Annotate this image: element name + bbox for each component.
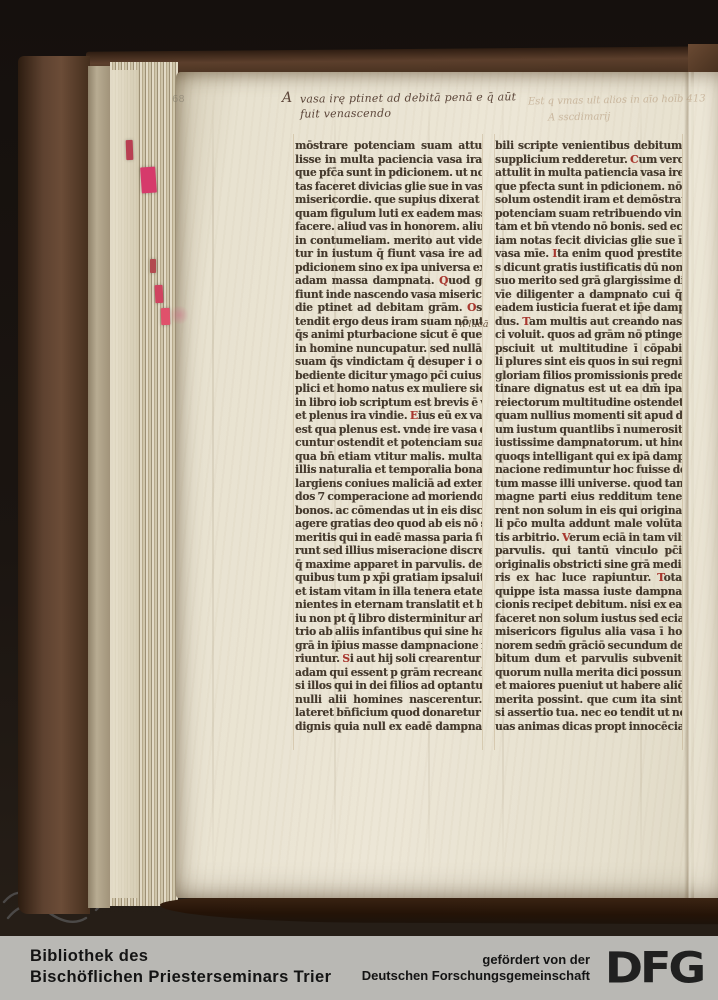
pink-ink-smear [168,306,190,324]
manuscript-line: parvulis. qui tantū vinculo pc̄i [495,544,682,558]
bookmark-tab [155,285,164,303]
manuscript-line: mōstrare potenciam suam attu [295,139,482,153]
digitized-manuscript-photo: 68 A vasa irę ptinet ad debitā penā e q̄… [0,0,718,1000]
manuscript-line: misericordie. que supius dixerat tā [295,193,482,207]
manuscript-line: tur in iustum q̄ fiunt vasa ire ad [295,247,482,261]
column-ruling-line [482,134,483,750]
manuscript-line: dignis quia null ex eadē dampna [295,720,482,734]
manuscript-line: attulit in multa patiencia vasa ire [495,166,682,180]
manuscript-line: reiectorum multitudine ostendet [495,396,682,410]
manuscript-line: fiunt inde nascendo vasa misericor [295,288,482,302]
manuscript-line: tam et bn̄ vtendo nō bonis. sed ec [495,220,682,234]
parchment-crease [212,90,214,884]
manuscript-line: cionis recipet debitum. nisi ex ea [495,598,682,612]
page-fore-edge-highlight [112,70,138,898]
manuscript-line: nacione redimuntur hoc fuisse debi [495,463,682,477]
manuscript-line: in homine nuncupatur. sed nullā [295,342,482,356]
manuscript-line: gloriam filios promissionis predes [495,369,682,383]
cover-inner-edge [88,66,110,908]
header-margin-letter: A [282,90,292,106]
funding-credit-line2: Deutschen Forschungsgemeinschaft [362,968,590,984]
manuscript-line: tas faceret divicias glie sue in vasa [295,180,482,194]
manuscript-line: in contumeliam. merito aut vide [295,234,482,248]
text-column-right: bili scripte venientibus debitumsupplici… [495,139,682,733]
manuscript-line: ris ex hac luce rapiuntur. Tota [495,571,682,585]
column-ruling-line [293,134,294,750]
manuscript-line: potenciam suam retribuendo vindic [495,207,682,221]
manuscript-line: lisse in multa paciencia vasa ira [295,153,482,167]
manuscript-line: que pfc̄a sunt in pdicionem. ut no [295,166,482,180]
manuscript-line: cuntur ostendit et potenciam suam [295,436,482,450]
manuscript-line: quibus tum p xp̄i gratiam ipsaluit [295,571,482,585]
manuscript-line: qua bn̄ etiam vtitur malis. multa [295,450,482,464]
manuscript-line: magne parti eius redditum tene [495,490,682,504]
manuscript-line: trio ab aliis infantibus qui sine hac [295,625,482,639]
manuscript-line: norem sedm̄ grāciō secundum de [495,639,682,653]
gutter-fold-shadow [684,72,692,898]
manuscript-line: grā in ip̄ius masse dampnacione mo [295,639,482,653]
manuscript-line: adam qui essent p grām recreandi. 7 [295,666,482,680]
manuscript-line: vasa mīe. Ita enim quod prestite [495,247,682,261]
manuscript-line: solum ostendit iram et demōstrat [495,193,682,207]
manuscript-line: bonos. ac cōmendas ut in eis discāt [295,504,482,518]
manuscript-line: iam notas fecit divicias glie sue ī [495,234,682,248]
book-cover-spine [18,56,90,914]
manuscript-line: et plenus ira vindie. Eius eū ex vas [295,409,482,423]
manuscript-line: iu non pt q̄ libro disterminitur arbi [295,612,482,626]
digitization-banner: Bibliothek des Bischöflichen Priestersem… [0,936,718,1000]
manuscript-line: psciuit ut multitudine ī cōpabi [495,342,682,356]
manuscript-line: quam figulum luti ex eadem massa [295,207,482,221]
manuscript-line: suam q̄s vindictam q̄ desuper i o [295,355,482,369]
manuscript-line: misericors figulus alia vasa ī ho [495,625,682,639]
manuscript-line: li plures sint eis quos in sui regni [495,355,682,369]
manuscript-line: illis naturalia et temporalia bona [295,463,482,477]
manuscript-line: faceret non solum iustus sed eciam [495,612,682,626]
manuscript-line: et istam vitam in illa tenera etate fi [295,585,482,599]
manuscript-line: tum masse illi universe. quod tam [495,477,682,491]
manuscript-line: s dicunt gratis iustificatis dū non [495,261,682,275]
manuscript-line: eadem iusticia fuerat et ip̄e dampnā [495,301,682,315]
manuscript-line: q̄ maxime apparet in parvulis. de [295,558,482,572]
manuscript-line: rent non solum in eis qui origina [495,504,682,518]
manuscript-line: runt sed illius miseracione discreti sūt [295,544,482,558]
manuscript-line: adam massa dampnata. Quod g [295,274,482,288]
funding-credit-line1: gefördert von der [362,952,590,968]
manuscript-line: li pc̄o multa addunt male volūta [495,517,682,531]
manuscript-line: quorum nulla merita dici possunt [495,666,682,680]
manuscript-line: merita possint. que cum ita sint [495,693,682,707]
manuscript-line: quippe ista massa iuste dampna [495,585,682,599]
manuscript-line: originalis obstricti sine grā mediato [495,558,682,572]
bookmark-tab [140,167,157,194]
manuscript-line: bitum dum et parvulis subvenit [495,652,682,666]
manuscript-line: bili scripte venientibus debitum [495,139,682,153]
manuscript-line: iustissime dampnatorum. ut hinc [495,436,682,450]
manuscript-line: tis arbitrio. Verum eciā in tam vilis [495,531,682,545]
manuscript-line: largiens coniues maliciā ad exten [295,477,482,491]
manuscript-line: si illos qui in dei filios ad optantur [295,679,482,693]
manuscript-line: um iustum quantlibs ī numerositas [495,423,682,437]
manuscript-line: que pfecta sunt in pdicionem. nō [495,180,682,194]
manuscript-line: si assertio tua. nec eo tendit ut no [495,706,682,720]
manuscript-line: tinare dignatus est ut ea dm̄ ipa [495,382,682,396]
column-ruling-line [682,134,683,750]
manuscript-line: suo merito sed grā glargissime di [495,274,682,288]
manuscript-line: pdicionem sino ex ipa universa ex [295,261,482,275]
dfg-logo: DFG [598,946,710,990]
manuscript-line: in libro iob scriptum est brevis ē vite [295,396,482,410]
manuscript-line: agere gratias deo quod ab eis nō suis [295,517,482,531]
library-name: Bibliothek des Bischöflichen Priestersem… [30,946,331,988]
manuscript-line: q̄s animi pturbacione sicut ē que [295,328,482,342]
manuscript-line: quam nullius momenti sit apud dē [495,409,682,423]
manuscript-line: plici et homo natus ex muliere sic [295,382,482,396]
bookmark-tab [150,259,156,273]
show-through-note-line2: A sscdimarij [548,111,611,123]
manuscript-line: meritis qui in eadē massa paria fue [295,531,482,545]
manuscript-line: ci voluit. quos ad grām nō ptinge [495,328,682,342]
library-name-line1: Bibliothek des [30,946,331,967]
manuscript-line: et maiores pueniut ut habere aliq̄ [495,679,682,693]
manuscript-line: nulli alii homines nascerentur. [295,693,482,707]
manuscript-line: die ptinet ad debitam grām. Os [295,301,482,315]
manuscript-line: nientes in eternam translatit et bc̄os [295,598,482,612]
manuscript-line: riuntur. Si aut hij soli crearentur ex [295,652,482,666]
manuscript-line: dos 7 comperacione ad moriendos [295,490,482,504]
manuscript-line: bediente dicitur ymago pc̄i cuius sup [295,369,482,383]
manuscript-line: facere. aliud vas in honorem. aliud [295,220,482,234]
bookmark-tab [126,140,134,160]
manuscript-line: quoqs intelligant qui ex ipā damp [495,450,682,464]
gutter-page-sliver [694,72,718,898]
funding-credit: gefördert von der Deutschen Forschungsge… [362,952,590,984]
manuscript-line: est qua plenus est. vnde ire vasa di [295,423,482,437]
manuscript-line: lateret bn̄ficium quod donaretur in [295,706,482,720]
pencil-foliation-mark: 68 [172,94,185,105]
manuscript-line: supplicium redderetur. Cum vero [495,153,682,167]
manuscript-line: dus. Tam multis aut creando nas [495,315,682,329]
library-name-line2: Bischöflichen Priesterseminars Trier [30,967,331,988]
text-column-left: mōstrare potenciam suam attulisse in mul… [295,139,482,733]
manuscript-line: vīe diligenter a dampnato cui q̄ [495,288,682,302]
manuscript-line: uas animas dicas propt innocēcia [495,720,682,734]
manuscript-line: tendit ergo deus iram suam nō ut [295,315,482,329]
